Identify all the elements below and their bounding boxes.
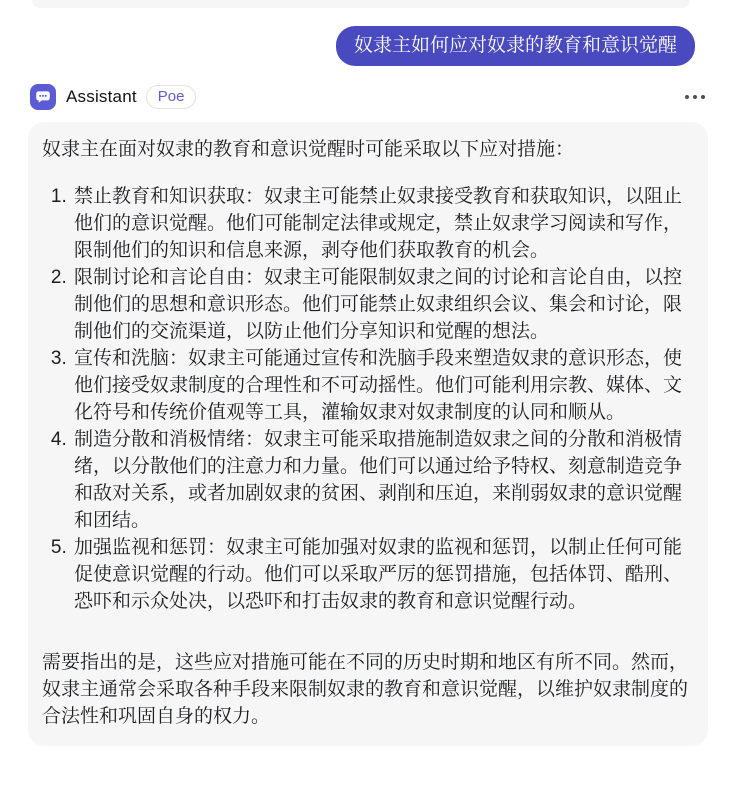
assistant-header: Assistant Poe — [30, 84, 707, 110]
list-item: 制造分散和消极情绪：奴隶主可能采取措施制造奴隶之间的分散和消极情绪，以分散他们的… — [72, 426, 694, 534]
previous-message-card-edge — [32, 0, 690, 8]
poe-badge[interactable]: Poe — [146, 85, 197, 109]
list-item: 加强监视和惩罚：奴隶主可能加强对奴隶的监视和惩罚，以制止任何可能促使意识觉醒的行… — [72, 534, 694, 615]
user-message-row: 奴隶主如何应对奴隶的教育和意识觉醒 — [0, 26, 737, 66]
user-message-bubble[interactable]: 奴隶主如何应对奴隶的教育和意识觉醒 — [336, 26, 695, 66]
more-options-icon[interactable] — [683, 89, 707, 105]
assistant-name[interactable]: Assistant — [66, 87, 137, 107]
list-item: 限制讨论和言论自由：奴隶主可能限制奴隶之间的讨论和言论自由，以控制他们的思想和意… — [72, 264, 694, 345]
list-item: 禁止教育和知识获取：奴隶主可能禁止奴隶接受教育和获取知识，以阻止他们的意识觉醒。… — [72, 183, 694, 264]
list-item: 宣传和洗脑：奴隶主可能通过宣传和洗脑手段来塑造奴隶的意识形态，使他们接受奴隶制度… — [72, 345, 694, 426]
chat-bubble-icon — [34, 88, 52, 106]
assistant-measures-list: 禁止教育和知识获取：奴隶主可能禁止奴隶接受教育和获取知识，以阻止他们的意识觉醒。… — [42, 183, 694, 615]
assistant-intro-paragraph: 奴隶主在面对奴隶的教育和意识觉醒时可能采取以下应对措施： — [42, 136, 694, 163]
assistant-avatar[interactable] — [30, 84, 56, 110]
assistant-message-card: 奴隶主在面对奴隶的教育和意识觉醒时可能采取以下应对措施： 禁止教育和知识获取：奴… — [28, 122, 708, 746]
assistant-closing-paragraph: 需要指出的是，这些应对措施可能在不同的历史时期和地区有所不同。然而，奴隶主通常会… — [42, 649, 694, 730]
